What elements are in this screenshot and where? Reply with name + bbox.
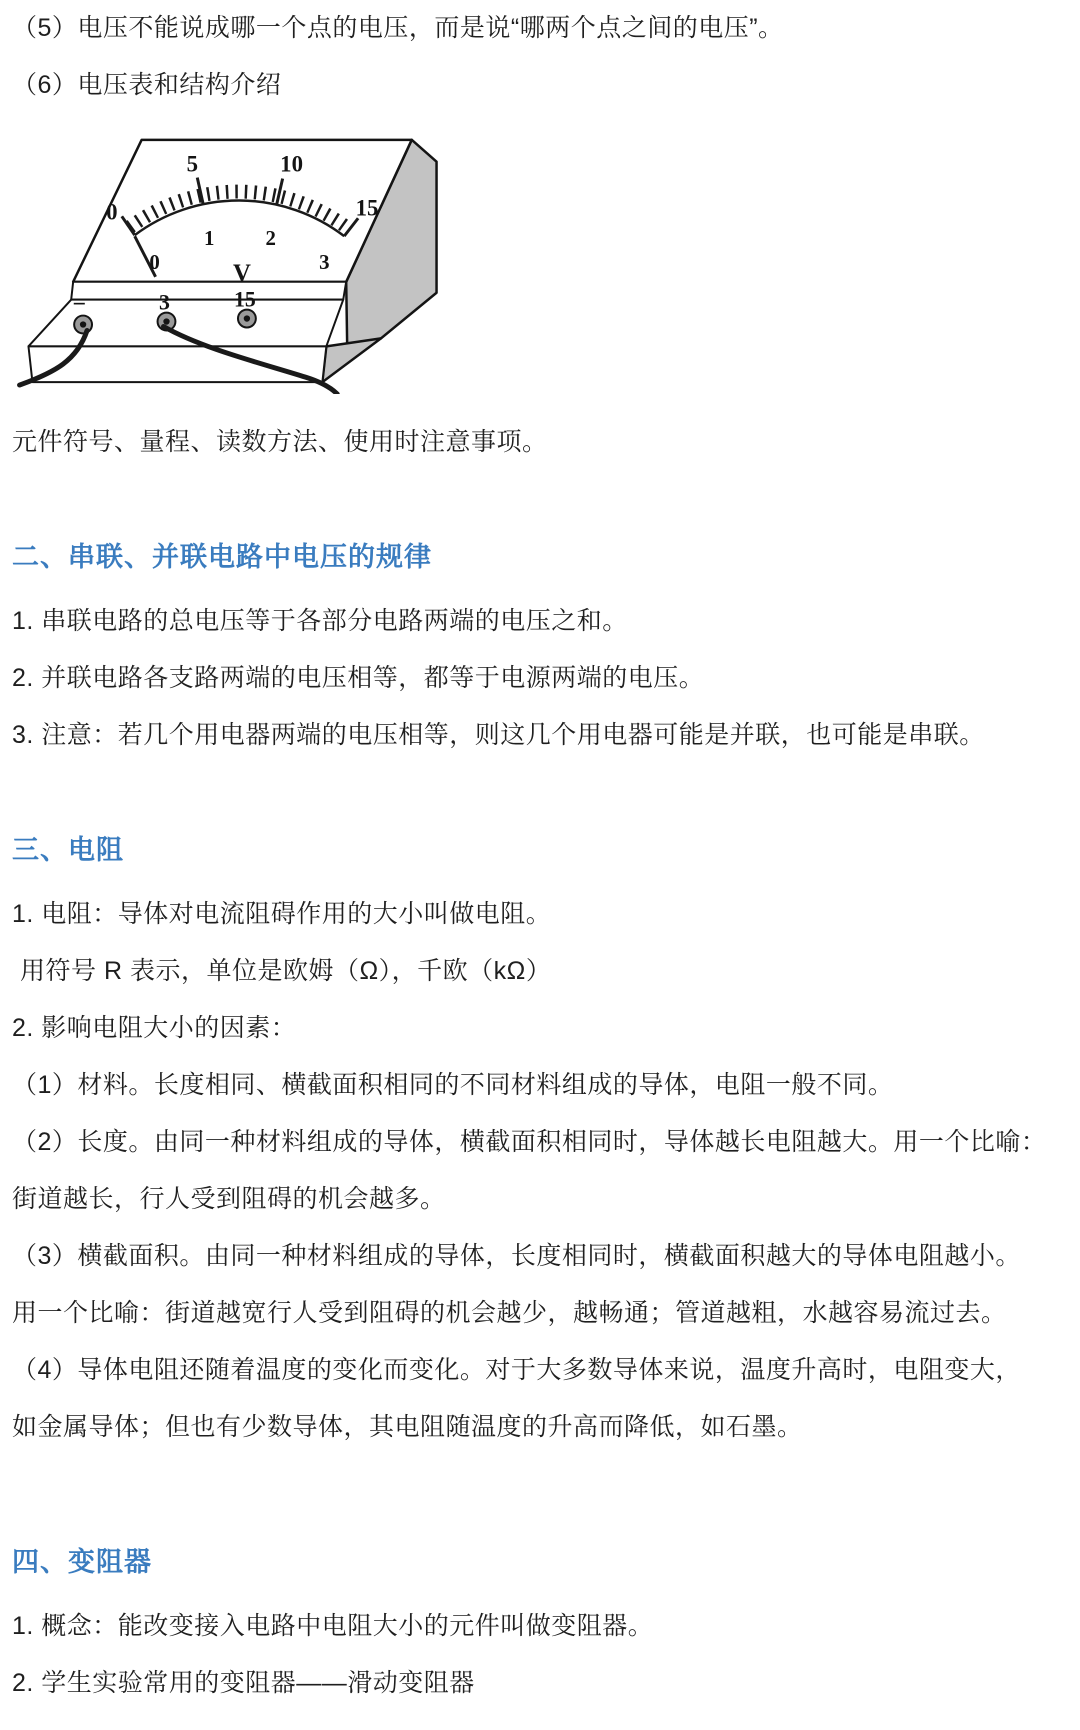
resistance-definition: 1. 电阻：导体对电流阻碍作用的大小叫做电阻。 (12, 886, 1070, 943)
outer-scale-15: 15 (356, 195, 379, 220)
physics-notes-document: （5）电压不能说成哪一个点的电压，而是说“哪两个点之间的电压”。 （6）电压表和… (0, 0, 1080, 1712)
section-heading-rheostat: 四、变阻器 (12, 1534, 1070, 1590)
resistance-factors-intro: 2. 影响电阻大小的因素： (12, 1000, 1070, 1057)
factor-length-line2: 街道越长，行人受到阻碍的机会越多。 (12, 1171, 1070, 1228)
document-page: { "page": { "background": "#ffffff", "te… (0, 0, 1080, 1730)
intro-item-6: （6）电压表和结构介绍 (12, 57, 1070, 114)
terminal-15v-hole (244, 315, 250, 321)
factor-cross-section-line1: （3）横截面积。由同一种材料组成的导体，长度相同时，横截面积越大的导体电阻越小。 (12, 1228, 1070, 1285)
section-heading-series-parallel-voltage: 二、串联、并联电路中电压的规律 (12, 529, 1070, 585)
terminal-negative-hole (80, 321, 86, 327)
factor-cross-section-line2: 用一个比喻：街道越宽行人受到阻碍的机会越少，越畅通；管道越粗，水越容易流过去。 (12, 1285, 1070, 1342)
voltage-rule-note: 3. 注意：若几个用电器两端的电压相等，则这几个用电器可能是并联，也可能是串联。 (12, 707, 1070, 764)
resistance-symbol-units: 用符号 R 表示，单位是欧姆（Ω），千欧（kΩ） (12, 943, 1070, 1000)
outer-scale-0: 0 (106, 199, 117, 224)
intro-item-5: （5）电压不能说成哪一个点的电压，而是说“哪两个点之间的电压”。 (12, 0, 1070, 57)
inner-scale-3: 3 (319, 250, 329, 274)
unit-label-v: V (233, 260, 251, 287)
factor-temperature-line1: （4）导体电阻还随着温度的变化而变化。对于大多数导体来说，温度升高时，电阻变大， (12, 1342, 1070, 1399)
terminal-negative-label: − (72, 292, 86, 318)
rheostat-concept: 1. 概念：能改变接入电路中电阻大小的元件叫做变阻器。 (12, 1598, 1070, 1655)
inner-scale-0: 0 (149, 250, 159, 274)
factor-material: （1）材料。长度相同、横截面积相同的不同材料组成的导体，电阻一般不同。 (12, 1057, 1070, 1114)
terminal-3v-label: 3 (159, 291, 170, 315)
factor-temperature-line2: 如金属导体；但也有少数导体，其电阻随温度的升高而降低，如石墨。 (12, 1399, 1070, 1456)
terminal-3v-hole (163, 318, 169, 324)
terminal-15v-label: 15 (234, 288, 256, 312)
voltmeter-figure: 0 5 10 15 0 1 2 3 V − 3 15 (14, 116, 454, 394)
parallel-voltage-rule: 2. 并联电路各支路两端的电压相等，都等于电源两端的电压。 (12, 650, 1070, 707)
figure-caption: 元件符号、量程、读数方法、使用时注意事项。 (12, 414, 1070, 471)
voltmeter-illustration: 0 5 10 15 0 1 2 3 V − 3 15 (14, 116, 454, 394)
inner-scale-2: 2 (266, 226, 276, 250)
series-voltage-rule: 1. 串联电路的总电压等于各部分电路两端的电压之和。 (12, 593, 1070, 650)
outer-scale-5: 5 (187, 152, 198, 177)
outer-scale-10: 10 (280, 152, 303, 177)
rheostat-sliding: 2. 学生实验常用的变阻器——滑动变阻器 (12, 1655, 1070, 1712)
inner-scale-1: 1 (204, 226, 214, 250)
section-heading-resistance: 三、电阻 (12, 822, 1070, 878)
meter-band (71, 282, 346, 300)
factor-length-line1: （2）长度。由同一种材料组成的导体，横截面积相同时，导体越长电阻越大。用一个比喻… (12, 1114, 1070, 1171)
meter-side-face-lower (322, 338, 381, 382)
